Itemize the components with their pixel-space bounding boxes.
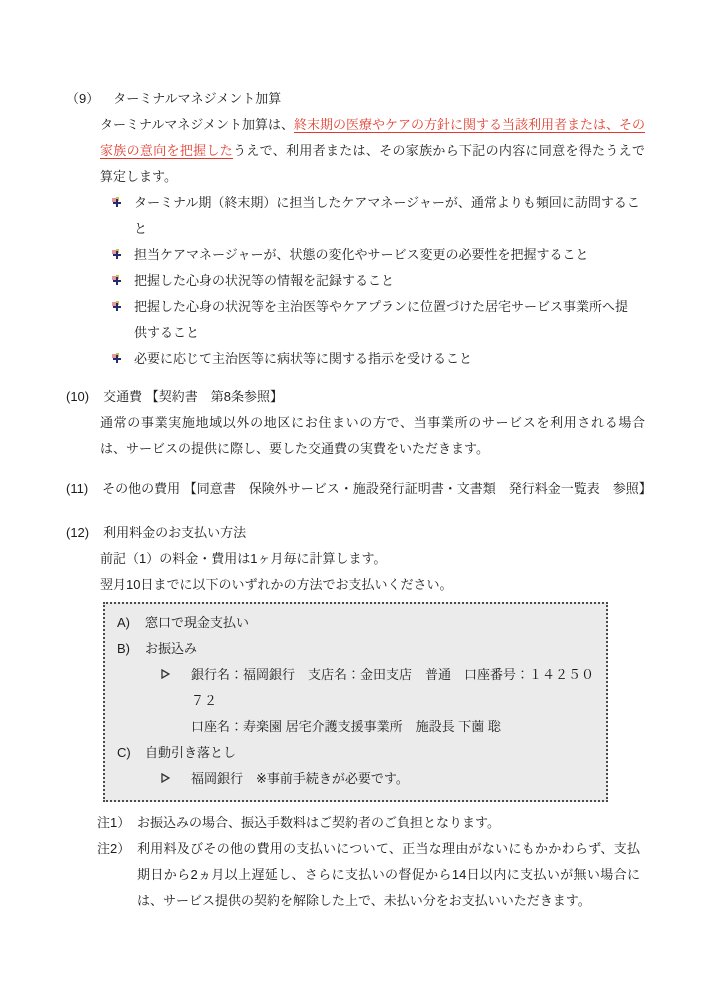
bullet-text: 必要に応じて主治医等に病状等に関する指示を受けること (134, 346, 472, 372)
bank-account-text: 銀行名：福岡銀行 支店名：金田支店 普通 口座番号：１４２５０７２ (191, 662, 594, 714)
payment-option-c: C) 自動引き落とし (117, 740, 594, 766)
section-12-number: (12) (66, 520, 89, 546)
auto-debit-bank-line: 福岡銀行 ※事前手続きが必要です。 (161, 766, 594, 792)
colored-arrow-bullet-icon (112, 191, 134, 217)
colored-arrow-bullet-icon (112, 243, 134, 269)
bullet-item: 把握した心身の状況等の情報を記録すること (112, 268, 640, 294)
colored-arrow-bullet-icon (112, 269, 134, 295)
payment-methods-box: A) 窓口で現金支払い B) お振込み 銀行名：福岡銀行 支店名：金田支店 普通… (103, 602, 608, 802)
payment-option-b: B) お振込み (117, 636, 594, 662)
section-10-title: 交通費 【契約書 第8条参照】 (103, 389, 283, 404)
option-b-text: お振込み (145, 636, 197, 662)
document-page: （9）ターミナルマネジメント加算 ターミナルマネジメント加算は、終末期の医療やケ… (0, 0, 707, 1000)
section-12-title: 利用料金のお支払い方法 (103, 525, 246, 540)
section-12-heading: (12)利用料金のお支払い方法 (66, 520, 640, 546)
note-2-text: 利用料及びその他の費用の支払いについて、正当な理由がないにもかかわらず、支払期日… (137, 836, 640, 914)
section-10-heading: (10)交通費 【契約書 第8条参照】 (66, 384, 640, 410)
note-1-label: 注1） (97, 810, 137, 836)
section-9-number: （9） (66, 86, 99, 112)
payment-calc-line: 前記（1）の料金・費用は1ヶ月毎に計算します。 (100, 546, 640, 572)
option-a-text: 窓口で現金支払い (145, 610, 249, 636)
note-1-text: お振込みの場合、振込手数料はご契約者のご負担となります。 (137, 810, 640, 836)
note-1: 注1） お振込みの場合、振込手数料はご契約者のご負担となります。 (97, 810, 640, 836)
bullet-item: 把握した心身の状況等を主治医等やケアプランに位置づけた居宅サービス事業所へ提供す… (112, 294, 640, 346)
bullet-text: 担当ケアマネージャーが、状態の変化やサービス変更の必要性を把握すること (134, 242, 588, 268)
colored-arrow-bullet-icon (112, 347, 134, 373)
payment-deadline-line: 翌月10日までに以下のいずれかの方法でお支払いください。 (100, 572, 640, 598)
account-holder-line: 口座名：寿楽園 居宅介護支援事業所 施設長 下薗 聡 (161, 714, 594, 740)
section-9-heading: （9）ターミナルマネジメント加算 (66, 86, 640, 112)
section-10-number: (10) (66, 384, 89, 410)
section-10-paragraph: 通常の事業実施地域以外の地区にお住まいの方で、当事業所のサービスを利用される場合… (100, 410, 645, 462)
account-holder-text: 口座名：寿楽園 居宅介護支援事業所 施設長 下薗 聡 (191, 714, 501, 740)
option-c-text: 自動引き落とし (145, 740, 236, 766)
bullet-item: 必要に応じて主治医等に病状等に関する指示を受けること (112, 346, 640, 372)
bullet-item: ターミナル期（終末期）に担当したケアマネージャーが、通常よりも頻回に訪問すること (112, 190, 640, 242)
section-9-intro-paragraph: ターミナルマネジメント加算は、終末期の医療やケアの方針に関する当該利用者または、… (100, 112, 645, 190)
section-9-title: ターミナルマネジメント加算 (113, 91, 281, 106)
bank-account-line: 銀行名：福岡銀行 支店名：金田支店 普通 口座番号：１４２５０７２ (161, 662, 594, 714)
bullet-item: 担当ケアマネージャーが、状態の変化やサービス変更の必要性を把握すること (112, 242, 640, 268)
indent-spacer (161, 714, 191, 740)
bullet-text: ターミナル期（終末期）に担当したケアマネージャーが、通常よりも頻回に訪問すること (134, 190, 640, 242)
right-arrowhead-icon (161, 766, 191, 792)
auto-debit-bank-text: 福岡銀行 ※事前手続きが必要です。 (191, 766, 409, 792)
right-arrowhead-icon (161, 662, 191, 688)
terminal-management-bullet-list: ターミナル期（終末期）に担当したケアマネージャーが、通常よりも頻回に訪問すること… (112, 190, 640, 372)
option-b-label: B) (117, 636, 145, 662)
option-c-label: C) (117, 740, 145, 766)
note-2: 注2） 利用料及びその他の費用の支払いについて、正当な理由がないにもかかわらず、… (97, 836, 640, 914)
option-a-label: A) (117, 610, 145, 636)
notes-section: 注1） お振込みの場合、振込手数料はご契約者のご負担となります。 注2） 利用料… (97, 810, 640, 914)
section-11-heading: (11)その他の費用 【同意書 保険外サービス・施設発行証明書・文書類 発行料金… (66, 476, 640, 502)
intro-prefix: ターミナルマネジメント加算は、 (100, 117, 294, 132)
note-2-label: 注2） (97, 836, 137, 862)
bullet-text: 把握した心身の状況等を主治医等やケアプランに位置づけた居宅サービス事業所へ提供す… (134, 294, 640, 346)
colored-arrow-bullet-icon (112, 295, 134, 321)
bullet-text: 把握した心身の状況等の情報を記録すること (134, 268, 394, 294)
section-11-number: (11) (66, 476, 88, 502)
payment-option-a: A) 窓口で現金支払い (117, 610, 594, 636)
section-11-title: その他の費用 【同意書 保険外サービス・施設発行証明書・文書類 発行料金一覧表 … (102, 481, 652, 496)
